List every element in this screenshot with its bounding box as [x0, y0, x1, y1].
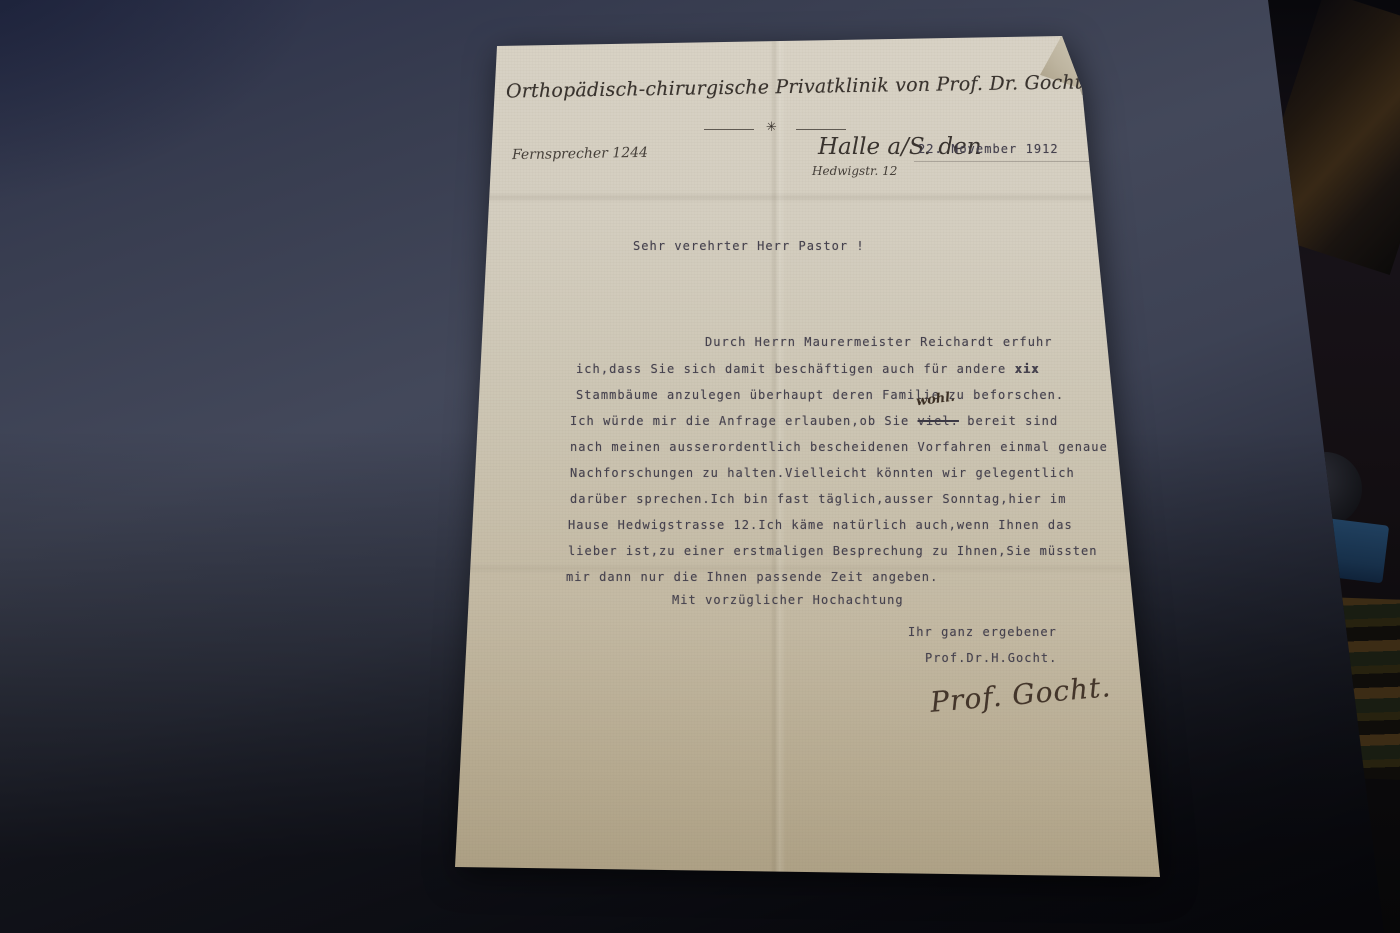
overstrike-word: xix — [1015, 362, 1040, 376]
body-line: Durch Herrn Maurermeister Reichardt erfu… — [705, 335, 1053, 349]
letter-paper-wrapper: Orthopädisch-chirurgische Privatklinik v… — [448, 28, 1170, 884]
divider-line-right — [796, 129, 846, 130]
body-line: Hause Hedwigstrasse 12.Ich käme natürlic… — [568, 518, 1073, 532]
body-line-text: ich,dass Sie sich damit beschäftigen auc… — [576, 362, 1015, 376]
street-script: Hedwigstr. 12 — [812, 164, 897, 178]
typed-date: 22. November 1912 — [918, 142, 1059, 156]
star-ornament-icon: ✳ — [766, 120, 777, 135]
body-line-text: bereit sind — [959, 414, 1058, 428]
body-line: Ich würde mir die Anfrage erlauben,ob Si… — [570, 414, 1058, 428]
salutation: Sehr verehrter Herr Pastor ! — [633, 239, 865, 253]
handwritten-insertion: wohl. — [915, 390, 955, 410]
letter-paper: Orthopädisch-chirurgische Privatklinik v… — [448, 28, 1170, 884]
photo-of-letter: Orthopädisch-chirurgische Privatklinik v… — [0, 0, 1400, 933]
body-line: nach meinen ausserordentlich bescheidene… — [570, 440, 1108, 454]
typed-name: Prof.Dr.H.Gocht. — [925, 651, 1057, 665]
body-line: ich,dass Sie sich damit beschäftigen auc… — [576, 362, 1039, 376]
valediction: Ihr ganz ergebener — [908, 625, 1057, 639]
handwritten-signature: Prof. Gocht. — [929, 670, 1113, 719]
body-line: Nachforschungen zu halten.Vielleicht kön… — [570, 466, 1075, 480]
phone-number: Fernsprecher 1244 — [512, 145, 648, 163]
body-line: darüber sprechen.Ich bin fast täglich,au… — [570, 492, 1066, 506]
body-line: mir dann nur die Ihnen passende Zeit ang… — [566, 570, 938, 584]
body-line-text: Ich würde mir die Anfrage erlauben,ob Si… — [570, 414, 918, 428]
closing-line: Mit vorzüglicher Hochachtung — [672, 593, 904, 607]
date-rule-line — [914, 161, 1096, 162]
letterhead-script: Orthopädisch-chirurgische Privatklinik v… — [506, 72, 1072, 103]
strikethrough-word: viel. — [918, 414, 959, 428]
body-line: lieber ist,zu einer erstmaligen Besprech… — [568, 544, 1098, 558]
divider-line-left — [704, 129, 754, 130]
body-line: Stammbäume anzulegen überhaupt deren Fam… — [576, 388, 1064, 402]
